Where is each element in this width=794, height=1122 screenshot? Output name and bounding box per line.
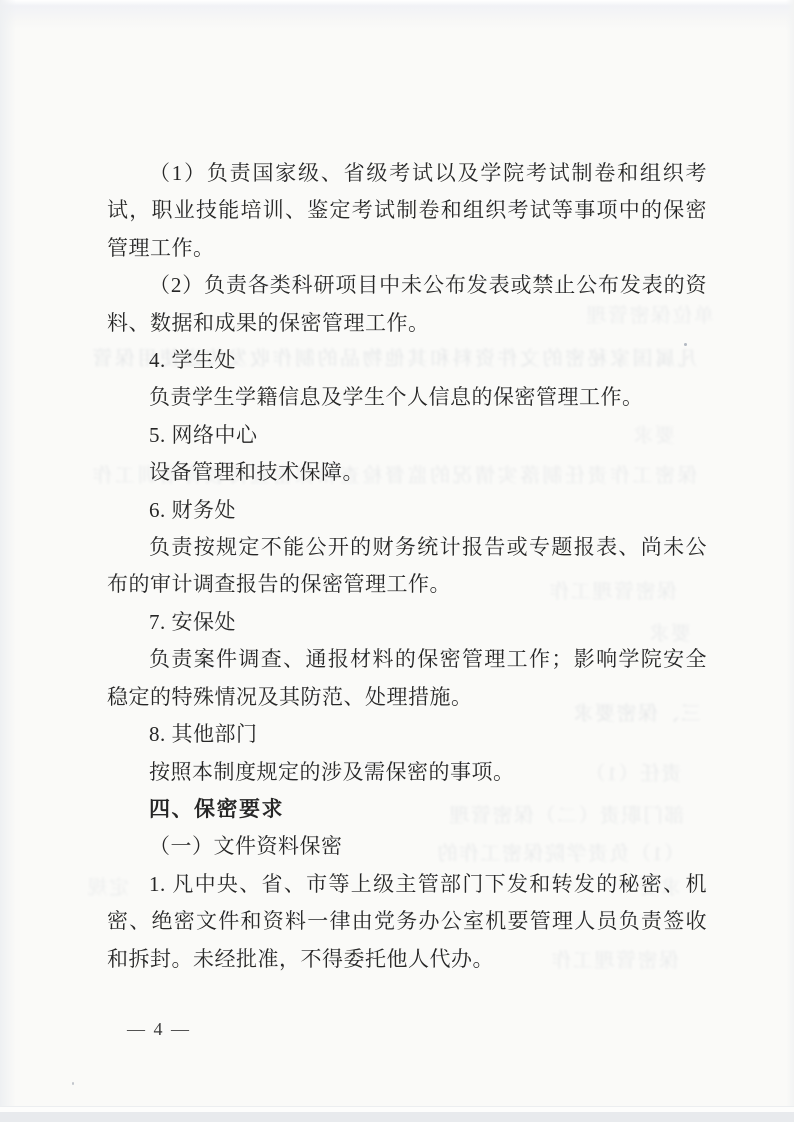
paragraph-research-duty: （2）负责各类科研项目中未公布发表或禁止公布发表的资料、数据和成果的保密管理工作… (107, 267, 707, 342)
item-student-affairs-office: 4. 学生处 (107, 342, 707, 379)
subsection-heading-document-secrecy: （一）文件资料保密 (107, 828, 707, 865)
scan-edge-bottom-line (0, 1107, 794, 1112)
page-number: — 4 — (127, 1019, 191, 1040)
document-body: （1）负责国家级、省级考试以及学院考试制卷和组织考试，职业技能培训、鉴定考试制卷… (107, 155, 707, 978)
scan-speck (72, 1082, 74, 1085)
scan-edge-left (0, 0, 16, 1122)
paragraph-document-handling-rule: 1. 凡中央、省、市等上级主管部门下发和转发的秘密、机密、绝密文件和资料一律由党… (107, 866, 707, 978)
scanned-document-page: 单位保密管理 凡属国家秘密的文件资料和其他物品的制作收发传递使用保管 要求 保密… (0, 0, 794, 1122)
paragraph-student-affairs-duty: 负责学生学籍信息及学生个人信息的保密管理工作。 (107, 379, 707, 416)
paragraph-other-departments-duty: 按照本制度规定的涉及需保密的事项。 (107, 754, 707, 791)
item-network-center: 5. 网络中心 (107, 417, 707, 454)
paragraph-exam-duty: （1）负责国家级、省级考试以及学院考试制卷和组织考试，职业技能培训、鉴定考试制卷… (107, 155, 707, 267)
section-heading-secrecy-requirements: 四、保密要求 (107, 791, 707, 828)
scan-edge-right (786, 0, 794, 1122)
item-security-office: 7. 安保处 (107, 604, 707, 641)
paragraph-network-center-duty: 设备管理和技术保障。 (107, 454, 707, 491)
scan-edge-bottom-strip (0, 1112, 794, 1122)
item-finance-office: 6. 财务处 (107, 492, 707, 529)
paragraph-security-duty: 负责案件调查、通报材料的保密管理工作；影响学院安全稳定的特殊情况及其防范、处理措… (107, 641, 707, 716)
paragraph-finance-duty: 负责按规定不能公开的财务统计报告或专题报表、尚未公布的审计调查报告的保密管理工作… (107, 529, 707, 604)
item-other-departments: 8. 其他部门 (107, 716, 707, 753)
scan-edge-top (0, 0, 794, 30)
